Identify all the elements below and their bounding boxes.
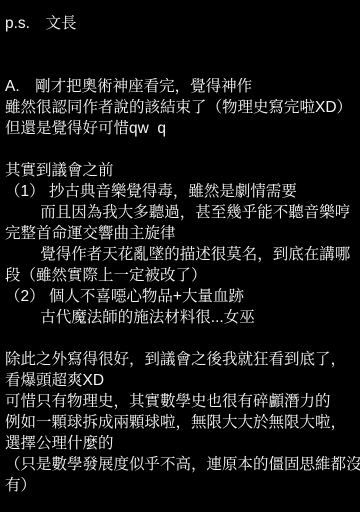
text-line: 但還是覺得好可惜qw q	[5, 118, 360, 139]
text-line: （1） 抄古典音樂覺得毒，雖然是劇情需要	[5, 181, 360, 202]
blank-line	[5, 34, 360, 55]
blank-line	[5, 139, 360, 160]
blank-line	[5, 328, 360, 349]
text-line: A. 剛才把奧術神座看完，覺得神作	[5, 76, 360, 97]
text-line: 完整首命運交響曲主旋律	[5, 223, 360, 244]
text-line: 覺得作者天花亂墜的描述很莫名，到底在講哪	[5, 244, 360, 265]
text-line: 而且因為我大多聽過，甚至幾乎能不聽音樂哼	[5, 202, 360, 223]
text-line: （2） 個人不喜噁心物品+大量血跡	[5, 286, 360, 307]
text-line: 可惜只有物理史，其實數學史也很有碎顱潛力的	[5, 391, 360, 412]
text-line: 例如一顆球拆成兩顆球啦，無限大大於無限大啦，	[5, 412, 360, 433]
post-body[interactable]: p.s. 文長 A. 剛才把奧術神座看完，覺得神作雖然很認同作者說的該結束了（物…	[0, 0, 360, 512]
blank-line	[5, 55, 360, 76]
text-line: （只是數學發展度似乎不高，連原本的僵固思維都沒	[5, 454, 360, 475]
text-line: 除此之外寫得很好，到議會之後我就狂看到底了，	[5, 349, 360, 370]
text-line: 段（雖然實際上一定被改了）	[5, 265, 360, 286]
text-line: 其實到議會之前	[5, 160, 360, 181]
text-line: 古代魔法師的施法材料很...女巫	[5, 307, 360, 328]
text-line: 選擇公理什麼的	[5, 433, 360, 454]
text-line: 看爆頭超爽XD	[5, 370, 360, 391]
text-line: 雖然很認同作者說的該結束了（物理史寫完啦XD）	[5, 97, 360, 118]
text-line: p.s. 文長	[5, 13, 360, 34]
text-line: 有）	[5, 475, 360, 496]
